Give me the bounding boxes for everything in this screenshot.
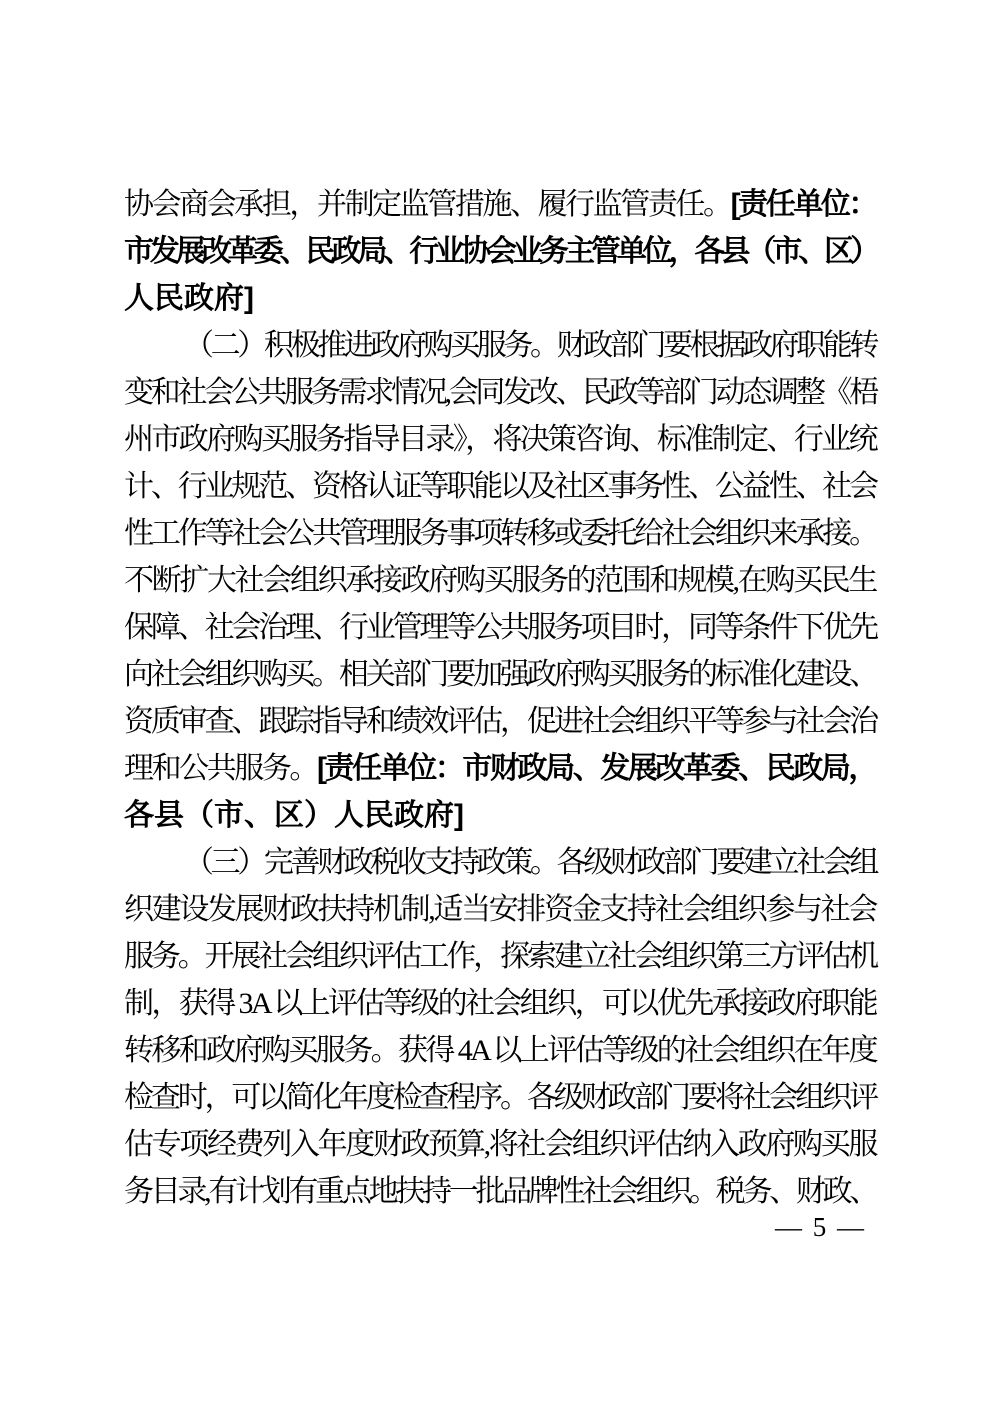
body-text: 理和公共服务。 [124, 752, 317, 785]
body-text: 资质审查、跟踪指导和绩效评估，促进社会组织平等参与社会治 [124, 705, 876, 738]
body-text: 检查时，可以简化年度检查程序。各级财政部门要将社会组织评 [124, 1081, 876, 1114]
body-text: 州市政府购买服务指导目录》，将决策咨询、标准制定、行业统 [124, 423, 876, 456]
body-text: 变和社会公共服务需求情况,会同发改、民政等部门动态调整《梧 [124, 376, 876, 409]
responsibility-unit-text: [责任单位：市财政局、发展改革委、民政局， [317, 752, 876, 785]
text-line: 服务。开展社会组织评估工作，探索建立社会组织第三方评估机 [124, 933, 876, 980]
body-text: 转移和政府购买服务。获得 4A 以上评估等级的社会组织在年度 [124, 1034, 876, 1067]
body-text: 制，获得 3A 以上评估等级的社会组织，可以优先承接政府职能 [124, 987, 876, 1020]
text-line: 变和社会公共服务需求情况,会同发改、民政等部门动态调整《梧 [124, 369, 876, 416]
responsibility-unit-text: [责任单位： [731, 188, 876, 221]
responsibility-unit-text: 人民政府] [124, 282, 254, 315]
text-line: 不断扩大社会组织承接政府购买服务的范围和规模,在购买民生 [124, 557, 876, 604]
body-text: 不断扩大社会组织承接政府购买服务的范围和规模,在购买民生 [124, 564, 876, 597]
responsibility-unit-text: 各县（市、区）人民政府] [124, 799, 464, 832]
text-line: 市发展改革委、民政局、行业协会业务主管单位，各县（市、区） [124, 228, 876, 275]
text-line: 估专项经费列入年度财政预算,将社会组织评估纳入政府购买服 [124, 1121, 876, 1168]
text-line: （二）积极推进政府购买服务。财政部门要根据政府职能转 [124, 322, 876, 369]
text-line: （三）完善财政税收支持政策。各级财政部门要建立社会组 [124, 839, 876, 886]
text-line: 织建设发展财政扶持机制,适当安排资金支持社会组织参与社会 [124, 886, 876, 933]
body-text: 向社会组织购买。相关部门要加强政府购买服务的标准化建设、 [124, 658, 876, 691]
text-line: 理和公共服务。[责任单位：市财政局、发展改革委、民政局， [124, 745, 876, 792]
text-line: 保障、社会治理、行业管理等公共服务项目时，同等条件下优先 [124, 604, 876, 651]
text-line: 转移和政府购买服务。获得 4A 以上评估等级的社会组织在年度 [124, 1027, 876, 1074]
text-line: 计、行业规范、资格认证等职能以及社区事务性、公益性、社会 [124, 463, 876, 510]
text-line: 性工作等社会公共管理服务事项转移或委托给社会组织来承接。 [124, 510, 876, 557]
text-line: 人民政府] [124, 275, 876, 322]
text-line: 制，获得 3A 以上评估等级的社会组织，可以优先承接政府职能 [124, 980, 876, 1027]
text-line: 检查时，可以简化年度检查程序。各级财政部门要将社会组织评 [124, 1074, 876, 1121]
text-line: 资质审查、跟踪指导和绩效评估，促进社会组织平等参与社会治 [124, 698, 876, 745]
body-text: 服务。开展社会组织评估工作，探索建立社会组织第三方评估机 [124, 940, 876, 973]
section-heading-text: （三）完善财政税收支持政策。 [184, 846, 557, 879]
body-text: 织建设发展财政扶持机制,适当安排资金支持社会组织参与社会 [124, 893, 876, 926]
text-line: 州市政府购买服务指导目录》，将决策咨询、标准制定、行业统 [124, 416, 876, 463]
text-line: 协会商会承担，并制定监管措施、履行监管责任。[责任单位： [124, 181, 876, 228]
body-text: 保障、社会治理、行业管理等公共服务项目时，同等条件下优先 [124, 611, 876, 644]
body-text: 协会商会承担，并制定监管措施、履行监管责任。 [124, 188, 731, 221]
text-line: 各县（市、区）人民政府] [124, 792, 876, 839]
body-text: 各级财政部门要建立社会组 [557, 846, 876, 879]
page-number: — 5 — [775, 1212, 866, 1242]
text-line: 向社会组织购买。相关部门要加强政府购买服务的标准化建设、 [124, 651, 876, 698]
document-page: 协会商会承担，并制定监管措施、履行监管责任。[责任单位：市发展改革委、民政局、行… [0, 0, 992, 1403]
body-text: 财政部门要根据政府职能转 [557, 329, 876, 362]
body-text: 估专项经费列入年度财政预算,将社会组织评估纳入政府购买服 [124, 1128, 876, 1161]
section-heading-text: （二）积极推进政府购买服务。 [184, 329, 557, 362]
text-line: 务目录,有计划有重点地扶持一批品牌性社会组织。税务、财政、 [124, 1168, 876, 1215]
body-text: 计、行业规范、资格认证等职能以及社区事务性、公益性、社会 [124, 470, 876, 503]
responsibility-unit-text: 市发展改革委、民政局、行业协会业务主管单位，各县（市、区） [124, 235, 876, 268]
body-text: 务目录,有计划有重点地扶持一批品牌性社会组织。税务、财政、 [124, 1175, 876, 1208]
document-body: 协会商会承担，并制定监管措施、履行监管责任。[责任单位：市发展改革委、民政局、行… [124, 181, 876, 1215]
body-text: 性工作等社会公共管理服务事项转移或委托给社会组织来承接。 [124, 517, 876, 550]
